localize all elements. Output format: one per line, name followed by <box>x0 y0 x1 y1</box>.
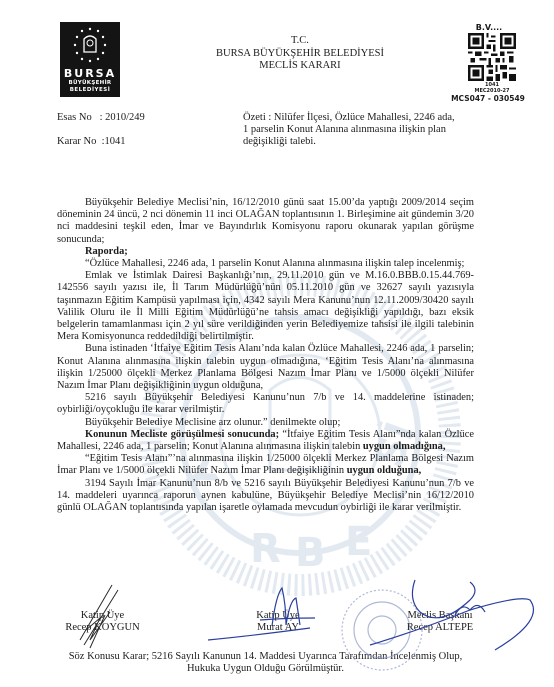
report-heading: Raporda; <box>85 246 128 257</box>
bursa-municipality-emblem-icon <box>60 22 120 67</box>
qr-label: B.V.... <box>446 23 532 32</box>
signature-title: Meclis Başkanı <box>395 610 485 622</box>
body-decision: “Eğitim Tesis Alanı”’na alınmasına ilişk… <box>57 453 474 477</box>
summary: Özeti : Nilüfer İlçesi, Özlüce Mahallesi… <box>243 112 473 148</box>
decision-lead: Konunun Mecliste görüşülmesi sonucunda; <box>85 429 279 440</box>
summary-line-3: değişikliği talebi. <box>243 136 473 148</box>
karar-no-value: :1041 <box>102 136 126 147</box>
footer-line-2: Hukuka Uygun Olduğu Görülmüştür. <box>57 663 474 675</box>
signature-block-clerk-1: Katip Üye Recep KOYGUN <box>55 610 150 634</box>
signature-name: Recep ALTEPE <box>395 622 485 634</box>
karar-no-label: Karar No <box>57 136 96 147</box>
decision-result: uygun olduğuna, <box>347 465 422 476</box>
body-paragraph: Büyükşehir Belediye Meclisine arz olunur… <box>57 417 474 429</box>
body-paragraph: 5216 sayılı Büyükşehir Belediyesi Kanunu… <box>57 392 474 416</box>
qr-block: B.V.... 1041 MEC2010-27 MCS047 - 030549 <box>452 23 532 103</box>
qr-code-serial: MCS047 - 030549 <box>444 94 532 103</box>
signature-name: Murat AY <box>238 622 318 634</box>
logo-text-bursa: BURSA <box>60 67 120 80</box>
logo-text-belediyesi: BELEDİYESİ <box>60 87 120 93</box>
document-header: T.C. BURSA BÜYÜKŞEHİR BELEDİYESİ MECLİS … <box>180 35 420 73</box>
svg-text:E: E <box>345 519 372 565</box>
body-intro: Büyükşehir Belediye Meclisi’nin, 16/12/2… <box>57 197 474 246</box>
footer-line-1: Söz Konusu Karar; 5216 Sayılı Kanunun 14… <box>57 651 474 663</box>
summary-line-1: Özeti : Nilüfer İlçesi, Özlüce Mahallesi… <box>243 112 473 124</box>
body-paragraph: Buna istinaden ‘İtfaiye Eğitim Tesis Ala… <box>57 343 474 392</box>
esas-no-value: : 2010/249 <box>100 112 145 123</box>
signature-block-chair: Meclis Başkanı Recep ALTEPE <box>395 610 485 634</box>
esas-no-label: Esas No <box>57 112 92 123</box>
signature-title: Katip Üye <box>238 610 318 622</box>
header-institution: BURSA BÜYÜKŞEHİR BELEDİYESİ <box>180 48 420 61</box>
decision-result: uygun olmadığına, <box>363 441 446 452</box>
svg-text:R: R <box>250 526 281 572</box>
summary-line-2: 1 parselin Konut Alanına alınmasına iliş… <box>243 124 473 136</box>
header-tc: T.C. <box>180 35 420 48</box>
decision-body: Büyükşehir Belediye Meclisi’nin, 16/12/2… <box>57 197 474 514</box>
body-decision: Konunun Mecliste görüşülmesi sonucunda; … <box>57 429 474 453</box>
karar-no: Karar No :1041 <box>57 136 126 148</box>
logo-text-buyuksehir: BÜYÜKŞEHİR <box>60 80 120 86</box>
esas-no: Esas No : 2010/249 <box>57 112 145 124</box>
body-report-heading: Raporda; <box>57 246 474 258</box>
body-paragraph: Emlak ve İstimlak Dairesi Başkanlığı’nın… <box>57 270 474 343</box>
legal-review-note: Söz Konusu Karar; 5216 Sayılı Kanunun 14… <box>57 651 474 675</box>
body-report-quote: “Özlüce Mahallesi, 2246 ada, 1 parselin … <box>57 258 474 270</box>
signature-name: Recep KOYGUN <box>55 622 150 634</box>
svg-text:B: B <box>295 530 326 576</box>
qr-code-icon <box>468 33 516 81</box>
signature-block-clerk-2: Katip Üye Murat AY <box>238 610 318 634</box>
signature-title: Katip Üye <box>55 610 150 622</box>
bursa-logo: BURSA BÜYÜKŞEHİR BELEDİYESİ <box>60 22 120 97</box>
header-doc-type: MECLİS KARARI <box>180 60 420 73</box>
body-paragraph: 3194 Sayılı İmar Kanunu’nun 8/b ve 5216 … <box>57 478 474 515</box>
